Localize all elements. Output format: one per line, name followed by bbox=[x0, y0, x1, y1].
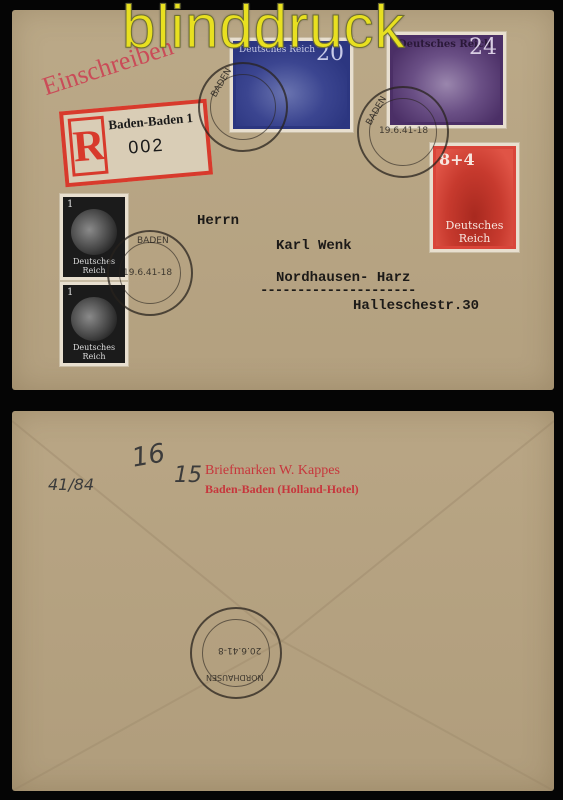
stamp-country: Deutsches Reich bbox=[63, 343, 125, 361]
postmark: BADEN bbox=[198, 62, 288, 152]
registration-letter: R bbox=[68, 116, 109, 177]
stamp-country: Deutsches Reich bbox=[433, 219, 516, 245]
registration-label: R Baden-Baden 1 002 bbox=[59, 99, 213, 188]
dealer-line-1: Briefmarken W. Kappes bbox=[205, 462, 359, 480]
cover-back: 41/84 16 15 Briefmarken W. Kappes Baden-… bbox=[12, 411, 554, 791]
stamp-value: 1 bbox=[67, 199, 73, 210]
stamp-value: 24 bbox=[469, 35, 497, 60]
stamp-value: 1 bbox=[67, 287, 73, 298]
registration-number: 002 bbox=[128, 135, 166, 159]
pencil-note: 15 bbox=[174, 463, 202, 488]
address-separator: --------------------- bbox=[260, 283, 415, 299]
address-salutation: Herrn bbox=[197, 213, 239, 229]
cover-front: Einschreiben R Baden-Baden 1 002 Deutsch… bbox=[12, 10, 554, 390]
dealer-line-2: Baden-Baden (Holland-Hotel) bbox=[205, 480, 359, 498]
pencil-note: 16 bbox=[130, 438, 168, 473]
arrival-postmark: 20.6.41-8 NORDHAUSEN bbox=[190, 607, 282, 699]
postmark: BADEN 19.6.41-18 bbox=[357, 86, 449, 178]
dealer-stamp: Briefmarken W. Kappes Baden-Baden (Holla… bbox=[205, 462, 359, 498]
registration-post-office: Baden-Baden 1 bbox=[108, 110, 194, 133]
watermark: blinddruck bbox=[122, 0, 406, 62]
pencil-note: 41/84 bbox=[48, 475, 94, 494]
stamp-red-8: 8+4 Deutsches Reich bbox=[430, 143, 519, 252]
address-street: Halleschestr.30 bbox=[353, 298, 479, 314]
stamp-value: 8+4 bbox=[439, 150, 475, 169]
address-name: Karl Wenk bbox=[276, 238, 352, 254]
postmark: BADEN 19.6.41-18 bbox=[107, 230, 193, 316]
